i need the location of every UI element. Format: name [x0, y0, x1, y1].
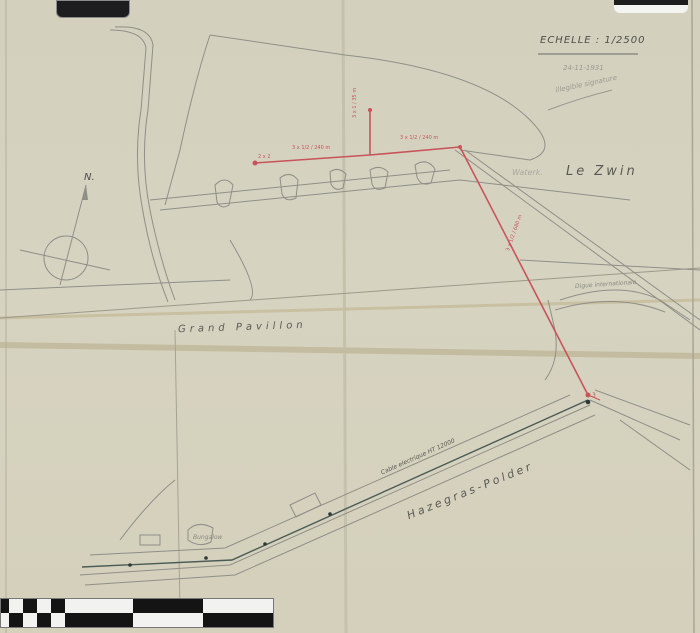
le-zwin-label: Le Zwin: [566, 164, 638, 179]
building-label: Bungalow: [193, 534, 222, 541]
red-annotation: 3 x 1 / 35 m: [352, 88, 358, 118]
zwin-prefix: Waterk.: [512, 168, 543, 177]
cable-markers: [128, 400, 590, 567]
top-right-clip: [614, 0, 688, 13]
red-annotation: 2 x 2: [258, 154, 271, 160]
scale-label: ECHELLE : 1/2500: [540, 35, 646, 46]
north-label: N.: [84, 172, 95, 183]
pencil-features: [0, 27, 700, 610]
cable-line: [82, 400, 588, 567]
top-left-clip: [56, 0, 130, 18]
map-sheet: ECHELLE : 1/2500 24-11-1931 illegible si…: [0, 0, 700, 633]
date-note: 24-11-1931: [563, 64, 604, 72]
red-annotation: 3 x 1/2 / 240 m: [292, 145, 330, 151]
scale-bar: [0, 598, 274, 628]
map-drawing: [0, 0, 700, 633]
red-annotation: 3: [592, 392, 596, 399]
red-annotation: 3 x 1/2 / 240 m: [400, 135, 438, 141]
